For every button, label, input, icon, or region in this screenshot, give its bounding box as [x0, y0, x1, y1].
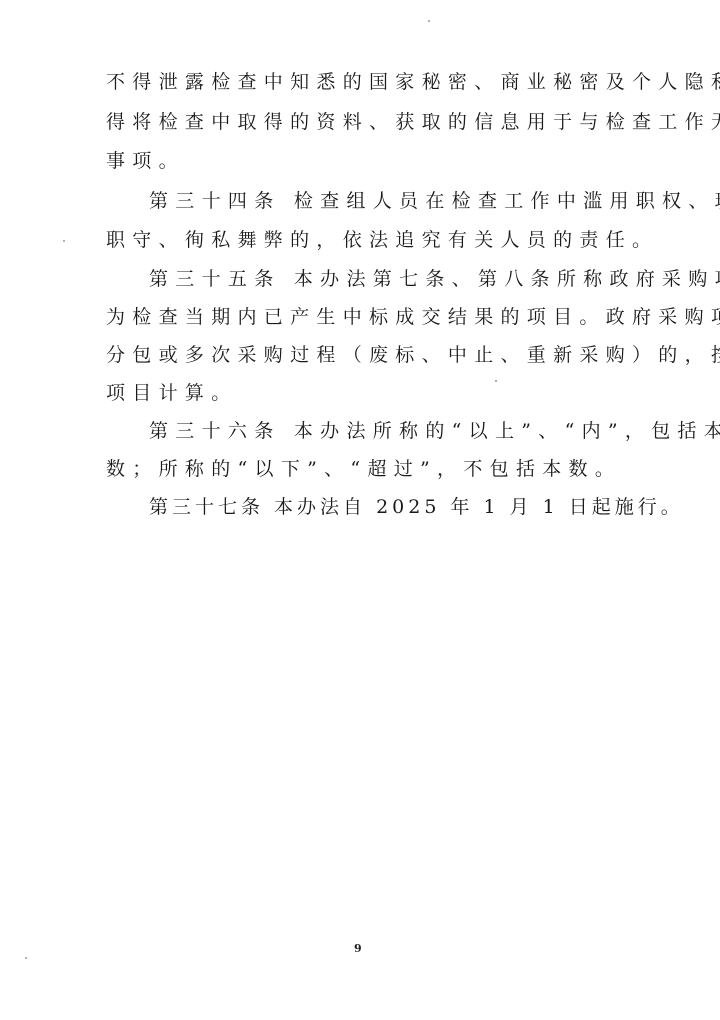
text-line: 事项。 — [106, 149, 185, 173]
scan-speck — [63, 240, 65, 242]
text-line: 数；所称的“以下”、“超过”，不包括本数。 — [106, 457, 621, 481]
text-line: 不得泄露检查中知悉的国家秘密、商业秘密及个人隐私，不 — [106, 70, 720, 94]
scan-speck — [25, 957, 27, 959]
scan-speck — [495, 380, 497, 382]
text-line: 职守、徇私舞弊的，依法追究有关人员的责任。 — [106, 228, 658, 252]
text-line: 分包或多次采购过程（废标、中止、重新采购）的，按一个 — [106, 343, 720, 367]
text-line: 得将检查中取得的资料、获取的信息用于与检查工作无关的 — [106, 110, 720, 134]
page-number: 9 — [354, 942, 362, 955]
article-37-line: 第三十七条 本办法自 2025 年 1 月 1 日起施行。 — [149, 495, 684, 519]
article-34-line: 第三十四条 检查组人员在检查工作中滥用职权、玩忽 — [149, 189, 720, 213]
text-line: 项目计算。 — [106, 381, 238, 405]
text-line: 为检查当期内已产生中标成交结果的项目。政府采购项目有 — [106, 305, 720, 329]
article-35-line: 第三十五条 本办法第七条、第八条所称政府采购项目 — [149, 267, 720, 291]
scan-speck — [428, 20, 430, 22]
article-36-line: 第三十六条 本办法所称的“以上”、“内”，包括本 — [149, 419, 720, 443]
